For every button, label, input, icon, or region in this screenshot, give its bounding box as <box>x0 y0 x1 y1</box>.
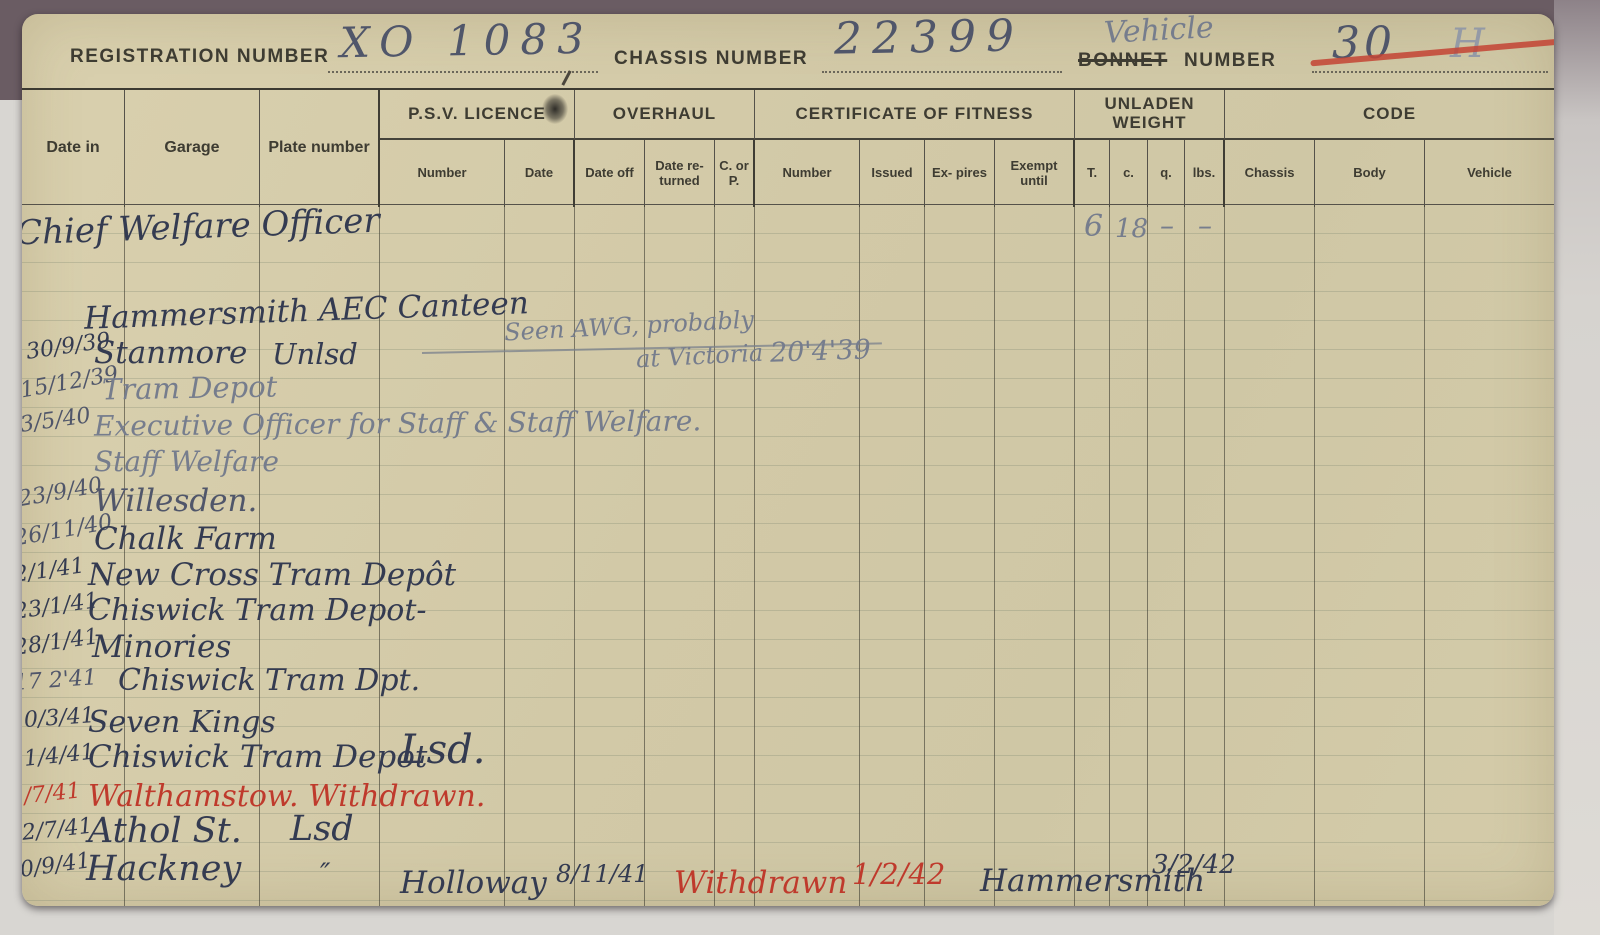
entry-plate: Unlsd <box>272 340 358 369</box>
subcolumn-cof-issued: Issued <box>860 140 925 207</box>
entry-garage: Minories <box>92 632 231 663</box>
registration-number-value: XO 1083 <box>340 18 595 64</box>
subcolumn-weight-lbs: lbs. <box>1185 140 1225 207</box>
entry-cof-withdrawn-red: Withdrawn <box>674 868 847 899</box>
dotted-leader <box>822 70 1062 73</box>
pencil-note-line2: at Victoria <box>635 341 763 372</box>
dotted-leader <box>328 70 598 73</box>
entry-garage-withdrawn-red: Walthamstow. Withdrawn. <box>88 782 485 812</box>
entry-date: 20/3/41 <box>22 705 95 733</box>
entry-plate-ditto: ″ <box>320 860 330 888</box>
pencil-note-date: 20'4'39 <box>770 336 872 366</box>
subcolumn-code-vehicle: Vehicle <box>1425 140 1554 207</box>
background-right-strip <box>1554 0 1600 935</box>
subcolumn-psv-date: Date <box>505 140 575 207</box>
entry-garage: Seven Kings <box>88 708 276 738</box>
number-label: NUMBER <box>1184 50 1276 72</box>
entry-garage: New Cross Tram Depôt <box>88 560 456 591</box>
entry-garage: Staff Welfare <box>94 448 279 476</box>
column-header-garage: Garage <box>125 90 260 207</box>
entry-garage: Chiswick Tram Depot <box>88 742 427 773</box>
group-header-unladen-weight: UNLADEN WEIGHT <box>1075 90 1225 140</box>
entry-garage: Athol St. <box>88 814 242 849</box>
entry-garage: Hackney <box>86 852 241 887</box>
ink-blot <box>542 94 568 124</box>
group-header-certificate-of-fitness: CERTIFICATE OF FITNESS <box>755 90 1075 140</box>
subcolumn-cof-number: Number <box>755 140 860 207</box>
weight-cwt-value: 18 <box>1115 216 1148 242</box>
bonnet-label-struck: BONNET <box>1078 50 1167 72</box>
entry-garage: Willesden. <box>94 486 257 517</box>
column-header-date-in: Date in <box>22 90 125 207</box>
registration-number-label: REGISTRATION NUMBER <box>70 46 329 68</box>
weight-qtr-value: – <box>1160 212 1174 240</box>
subcolumn-code-chassis: Chassis <box>1225 140 1315 207</box>
subcolumn-overhaul-date-returned: Date re- turned <box>645 140 715 207</box>
entry-garage: Stanmore <box>94 338 247 369</box>
entry-plate: Lsd <box>290 812 354 847</box>
subcolumn-weight-qtr: q. <box>1148 140 1185 207</box>
entry-licence-number: Holloway <box>400 868 547 899</box>
weight-lbs-value: – <box>1198 212 1212 240</box>
entry-plate: Lsd. <box>400 730 485 770</box>
bonnet-number-suffix: H <box>1450 24 1485 64</box>
chassis-number-value: 22399 <box>834 14 1025 61</box>
entry-cof-date-red: 1/2/42 <box>852 860 945 889</box>
group-header-code: CODE <box>1225 90 1554 140</box>
subcolumn-cof-expires: Ex- pires <box>925 140 995 207</box>
subcolumn-psv-number: Number <box>380 140 505 207</box>
subcolumn-weight-cwt: c. <box>1110 140 1148 207</box>
subcolumn-overhaul-c-or-p: C. or P. <box>715 140 755 207</box>
entry-garage: Executive Officer for Staff & Staff Welf… <box>94 407 702 440</box>
entry-garage: Chiswick Tram Dpt. <box>118 666 420 696</box>
subcolumn-code-body: Body <box>1315 140 1425 207</box>
weight-tons-value: 6 <box>1084 212 1103 242</box>
table-header: Date in Garage Plate number P.S.V. LICEN… <box>22 88 1554 205</box>
subcolumn-overhaul-date-off: Date off <box>575 140 645 207</box>
vehicle-overwrite-handwriting: Vehicle <box>1103 14 1214 49</box>
entry-date: 17 2'41 <box>22 667 98 695</box>
entry-garage: Tram Depot <box>102 372 278 404</box>
entry-garage: Chiswick Tram Depot- <box>88 596 427 626</box>
entry-garage: Chalk Farm <box>94 524 277 555</box>
group-header-overhaul: OVERHAUL <box>575 90 755 140</box>
chassis-number-label: CHASSIS NUMBER <box>614 48 808 70</box>
subcolumn-cof-exempt-until: Exempt until <box>995 140 1075 207</box>
entry-licence-date: 8/11/41 <box>556 862 649 886</box>
dotted-leader <box>1312 70 1548 73</box>
entry-cof-garage-date: 3/2/42 <box>1152 852 1236 878</box>
column-header-plate-number: Plate number <box>260 90 380 207</box>
subcolumn-weight-tons: T. <box>1075 140 1110 207</box>
record-card: REGISTRATION NUMBER XO 1083 CHASSIS NUMB… <box>22 14 1554 906</box>
